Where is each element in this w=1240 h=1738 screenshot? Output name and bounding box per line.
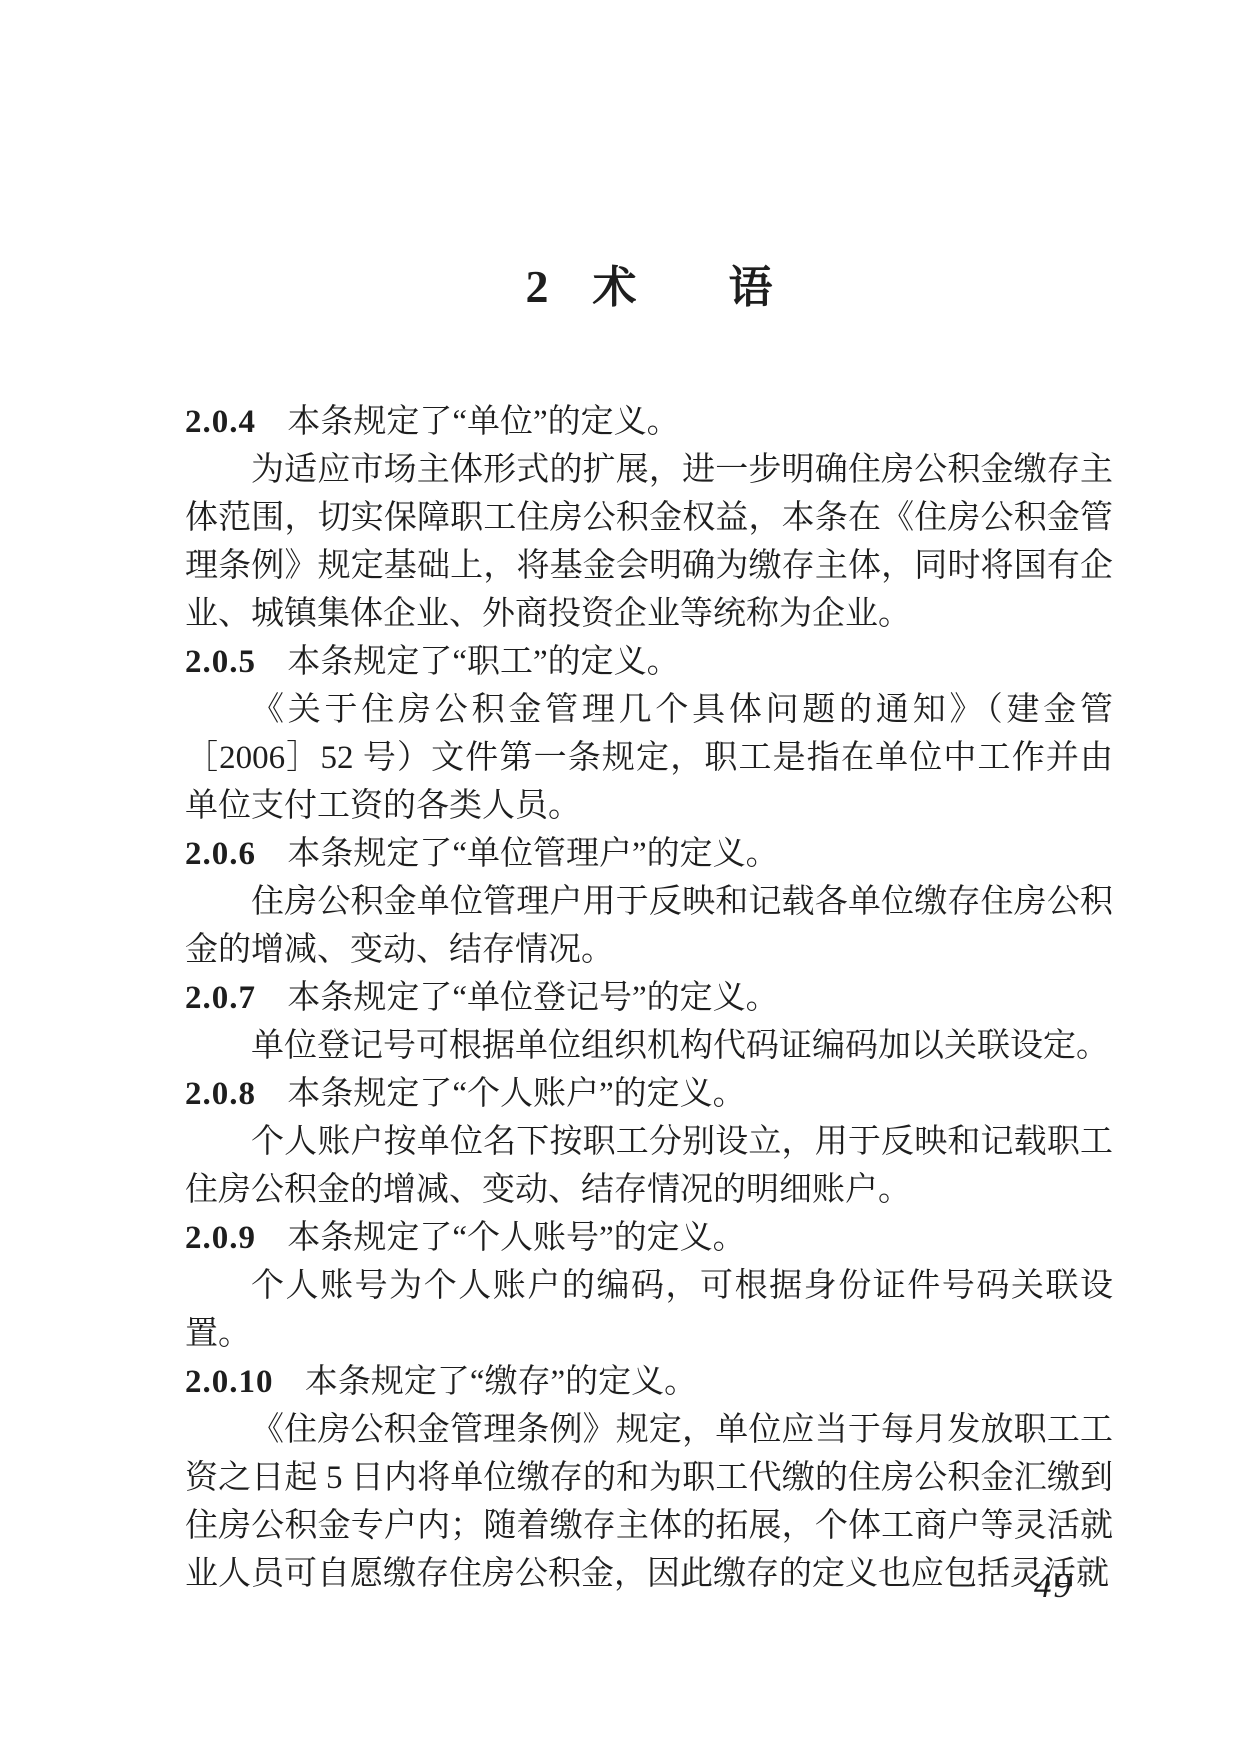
clause-2-0-8: 2.0.8本条规定了“个人账户”的定义。 个人账户按单位名下按职工分别设立，用于… xyxy=(185,1070,1113,1214)
clause-2-0-6: 2.0.6本条规定了“单位管理户”的定义。 住房公积金单位管理户用于反映和记载各… xyxy=(185,830,1113,974)
clause-2-0-4: 2.0.4本条规定了“单位”的定义。 为适应市场主体形式的扩展，进一步明确住房公… xyxy=(185,398,1113,638)
clause-2-0-5: 2.0.5本条规定了“职工”的定义。 《关于住房公积金管理几个具体问题的通知》（… xyxy=(185,638,1113,830)
chapter-title-char-1: 术 xyxy=(593,253,637,323)
page-number: 49 xyxy=(1034,1566,1104,1606)
document-page: 2 术 语 2.0.4本条规定了“单位”的定义。 为适应市场主体形式的扩展，进一… xyxy=(0,0,1240,1738)
clause-number: 2.0.7 xyxy=(185,980,256,1016)
clause-2-0-7: 2.0.7本条规定了“单位登记号”的定义。 单位登记号可根据单位组织机构代码证编… xyxy=(185,974,1113,1070)
chapter-number: 2 xyxy=(526,252,549,322)
clause-heading-text: 本条规定了“个人账号”的定义。 xyxy=(287,1220,745,1256)
clause-number: 2.0.8 xyxy=(185,1076,256,1112)
clause-heading-text: 本条规定了“个人账户”的定义。 xyxy=(287,1076,745,1112)
clause-heading: 2.0.5本条规定了“职工”的定义。 xyxy=(185,638,1113,686)
chapter-title-char-2: 语 xyxy=(729,253,773,323)
clause-body: 《关于住房公积金管理几个具体问题的通知》（建金管［2006］52 号）文件第一条… xyxy=(185,686,1113,830)
clause-heading-text: 本条规定了“单位管理户”的定义。 xyxy=(287,836,778,872)
clause-number: 2.0.4 xyxy=(185,404,256,440)
clause-heading-text: 本条规定了“缴存”的定义。 xyxy=(305,1364,697,1400)
clause-body: 住房公积金单位管理户用于反映和记载各单位缴存住房公积金的增减、变动、结存情况。 xyxy=(185,878,1113,974)
clause-heading: 2.0.8本条规定了“个人账户”的定义。 xyxy=(185,1070,1113,1118)
clause-body: 个人账户按单位名下按职工分别设立，用于反映和记载职工住房公积金的增减、变动、结存… xyxy=(185,1118,1113,1214)
chapter-title: 2 术 语 xyxy=(185,252,1113,323)
clause-heading: 2.0.10本条规定了“缴存”的定义。 xyxy=(185,1358,1113,1406)
clause-number: 2.0.10 xyxy=(185,1364,274,1400)
clause-number: 2.0.6 xyxy=(185,836,256,872)
clause-number: 2.0.9 xyxy=(185,1220,256,1256)
clause-body: 《住房公积金管理条例》规定，单位应当于每月发放职工工资之日起 5 日内将单位缴存… xyxy=(185,1406,1113,1598)
clause-number: 2.0.5 xyxy=(185,644,256,680)
clause-heading-text: 本条规定了“职工”的定义。 xyxy=(287,644,679,680)
clause-2-0-9: 2.0.9本条规定了“个人账号”的定义。 个人账号为个人账户的编码，可根据身份证… xyxy=(185,1214,1113,1358)
clause-body: 单位登记号可根据单位组织机构代码证编码加以关联设定。 xyxy=(185,1022,1113,1070)
clause-heading: 2.0.6本条规定了“单位管理户”的定义。 xyxy=(185,830,1113,878)
clause-2-0-10: 2.0.10本条规定了“缴存”的定义。 《住房公积金管理条例》规定，单位应当于每… xyxy=(185,1358,1113,1598)
clause-heading-text: 本条规定了“单位”的定义。 xyxy=(287,404,679,440)
clause-heading-text: 本条规定了“单位登记号”的定义。 xyxy=(287,980,778,1016)
clause-heading: 2.0.4本条规定了“单位”的定义。 xyxy=(185,398,1113,446)
clause-body: 个人账号为个人账户的编码，可根据身份证件号码关联设置。 xyxy=(185,1262,1113,1358)
clause-body: 为适应市场主体形式的扩展，进一步明确住房公积金缴存主体范围，切实保障职工住房公积… xyxy=(185,446,1113,638)
clause-commentary: 2.0.4本条规定了“单位”的定义。 为适应市场主体形式的扩展，进一步明确住房公… xyxy=(185,398,1113,1598)
clause-heading: 2.0.7本条规定了“单位登记号”的定义。 xyxy=(185,974,1113,1022)
clause-heading: 2.0.9本条规定了“个人账号”的定义。 xyxy=(185,1214,1113,1262)
